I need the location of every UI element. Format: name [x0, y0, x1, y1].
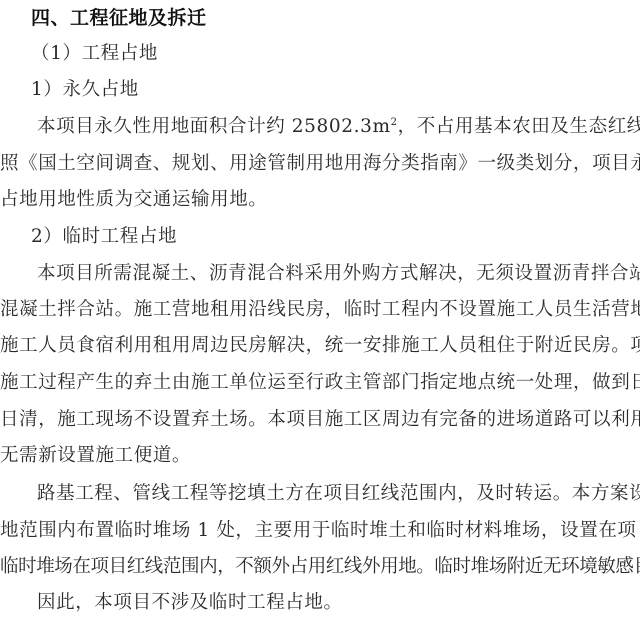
document-page: 四、工程征地及拆迁 （1）工程占地 1）永久占地 本项目永久性用地面积合计约 2…: [0, 0, 640, 617]
text-segment: 本项目永久性用地面积合计约 25802.3m: [37, 116, 391, 137]
paragraph-line: 施工过程产生的弃土由施工单位运至行政主管部门指定地点统一处理，做到日产: [0, 371, 640, 395]
item-heading-permanent: 1）永久占地: [31, 78, 139, 102]
superscript: 2: [391, 117, 398, 128]
paragraph-line: 临时堆场在项目红线范围内，不额外占用红线外用地。临时堆场附近无环境敏感目标。: [0, 555, 640, 579]
paragraph-line: 照《国土空间调查、规划、用途管制用地用海分类指南》一级类划分，项目永久: [0, 152, 640, 176]
paragraph-line: 因此，本项目不涉及临时工程占地。: [37, 591, 343, 615]
text-segment: ，不占用基本农田及生态红线。按: [398, 116, 640, 137]
paragraph-line: 本项目永久性用地面积合计约 25802.3m2，不占用基本农田及生态红线。按: [37, 115, 640, 139]
section-heading: 四、工程征地及拆迁: [31, 6, 207, 30]
paragraph-line: 本项目所需混凝土、沥青混合料采用外购方式解决，无须设置沥青拌合站、: [37, 262, 640, 286]
paragraph-line: 日清，施工现场不设置弃土场。本项目施工区周边有完备的进场道路可以利用，: [0, 408, 640, 432]
paragraph-line: 无需新设置施工便道。: [0, 444, 191, 468]
paragraph-line: 施工人员食宿利用租用周边民房解决，统一安排施工人员租住于附近民房。项目: [0, 334, 640, 358]
paragraph-line: 地范围内布置临时堆场 1 处，主要用于临时堆土和临时材料堆场，设置在项目中部。: [0, 519, 640, 543]
paragraph-line: 路基工程、管线工程等挖填土方在项目红线范围内，及时转运。本方案设计在征: [37, 482, 640, 506]
paragraph-line: 混凝土拌合站。施工营地租用沿线民房，临时工程内不设置施工人员生活营地，: [0, 298, 640, 322]
subsection-heading: （1）工程占地: [31, 42, 158, 66]
paragraph-line: 占地用地性质为交通运输用地。: [0, 188, 267, 212]
item-heading-temporary: 2）临时工程占地: [31, 225, 177, 249]
